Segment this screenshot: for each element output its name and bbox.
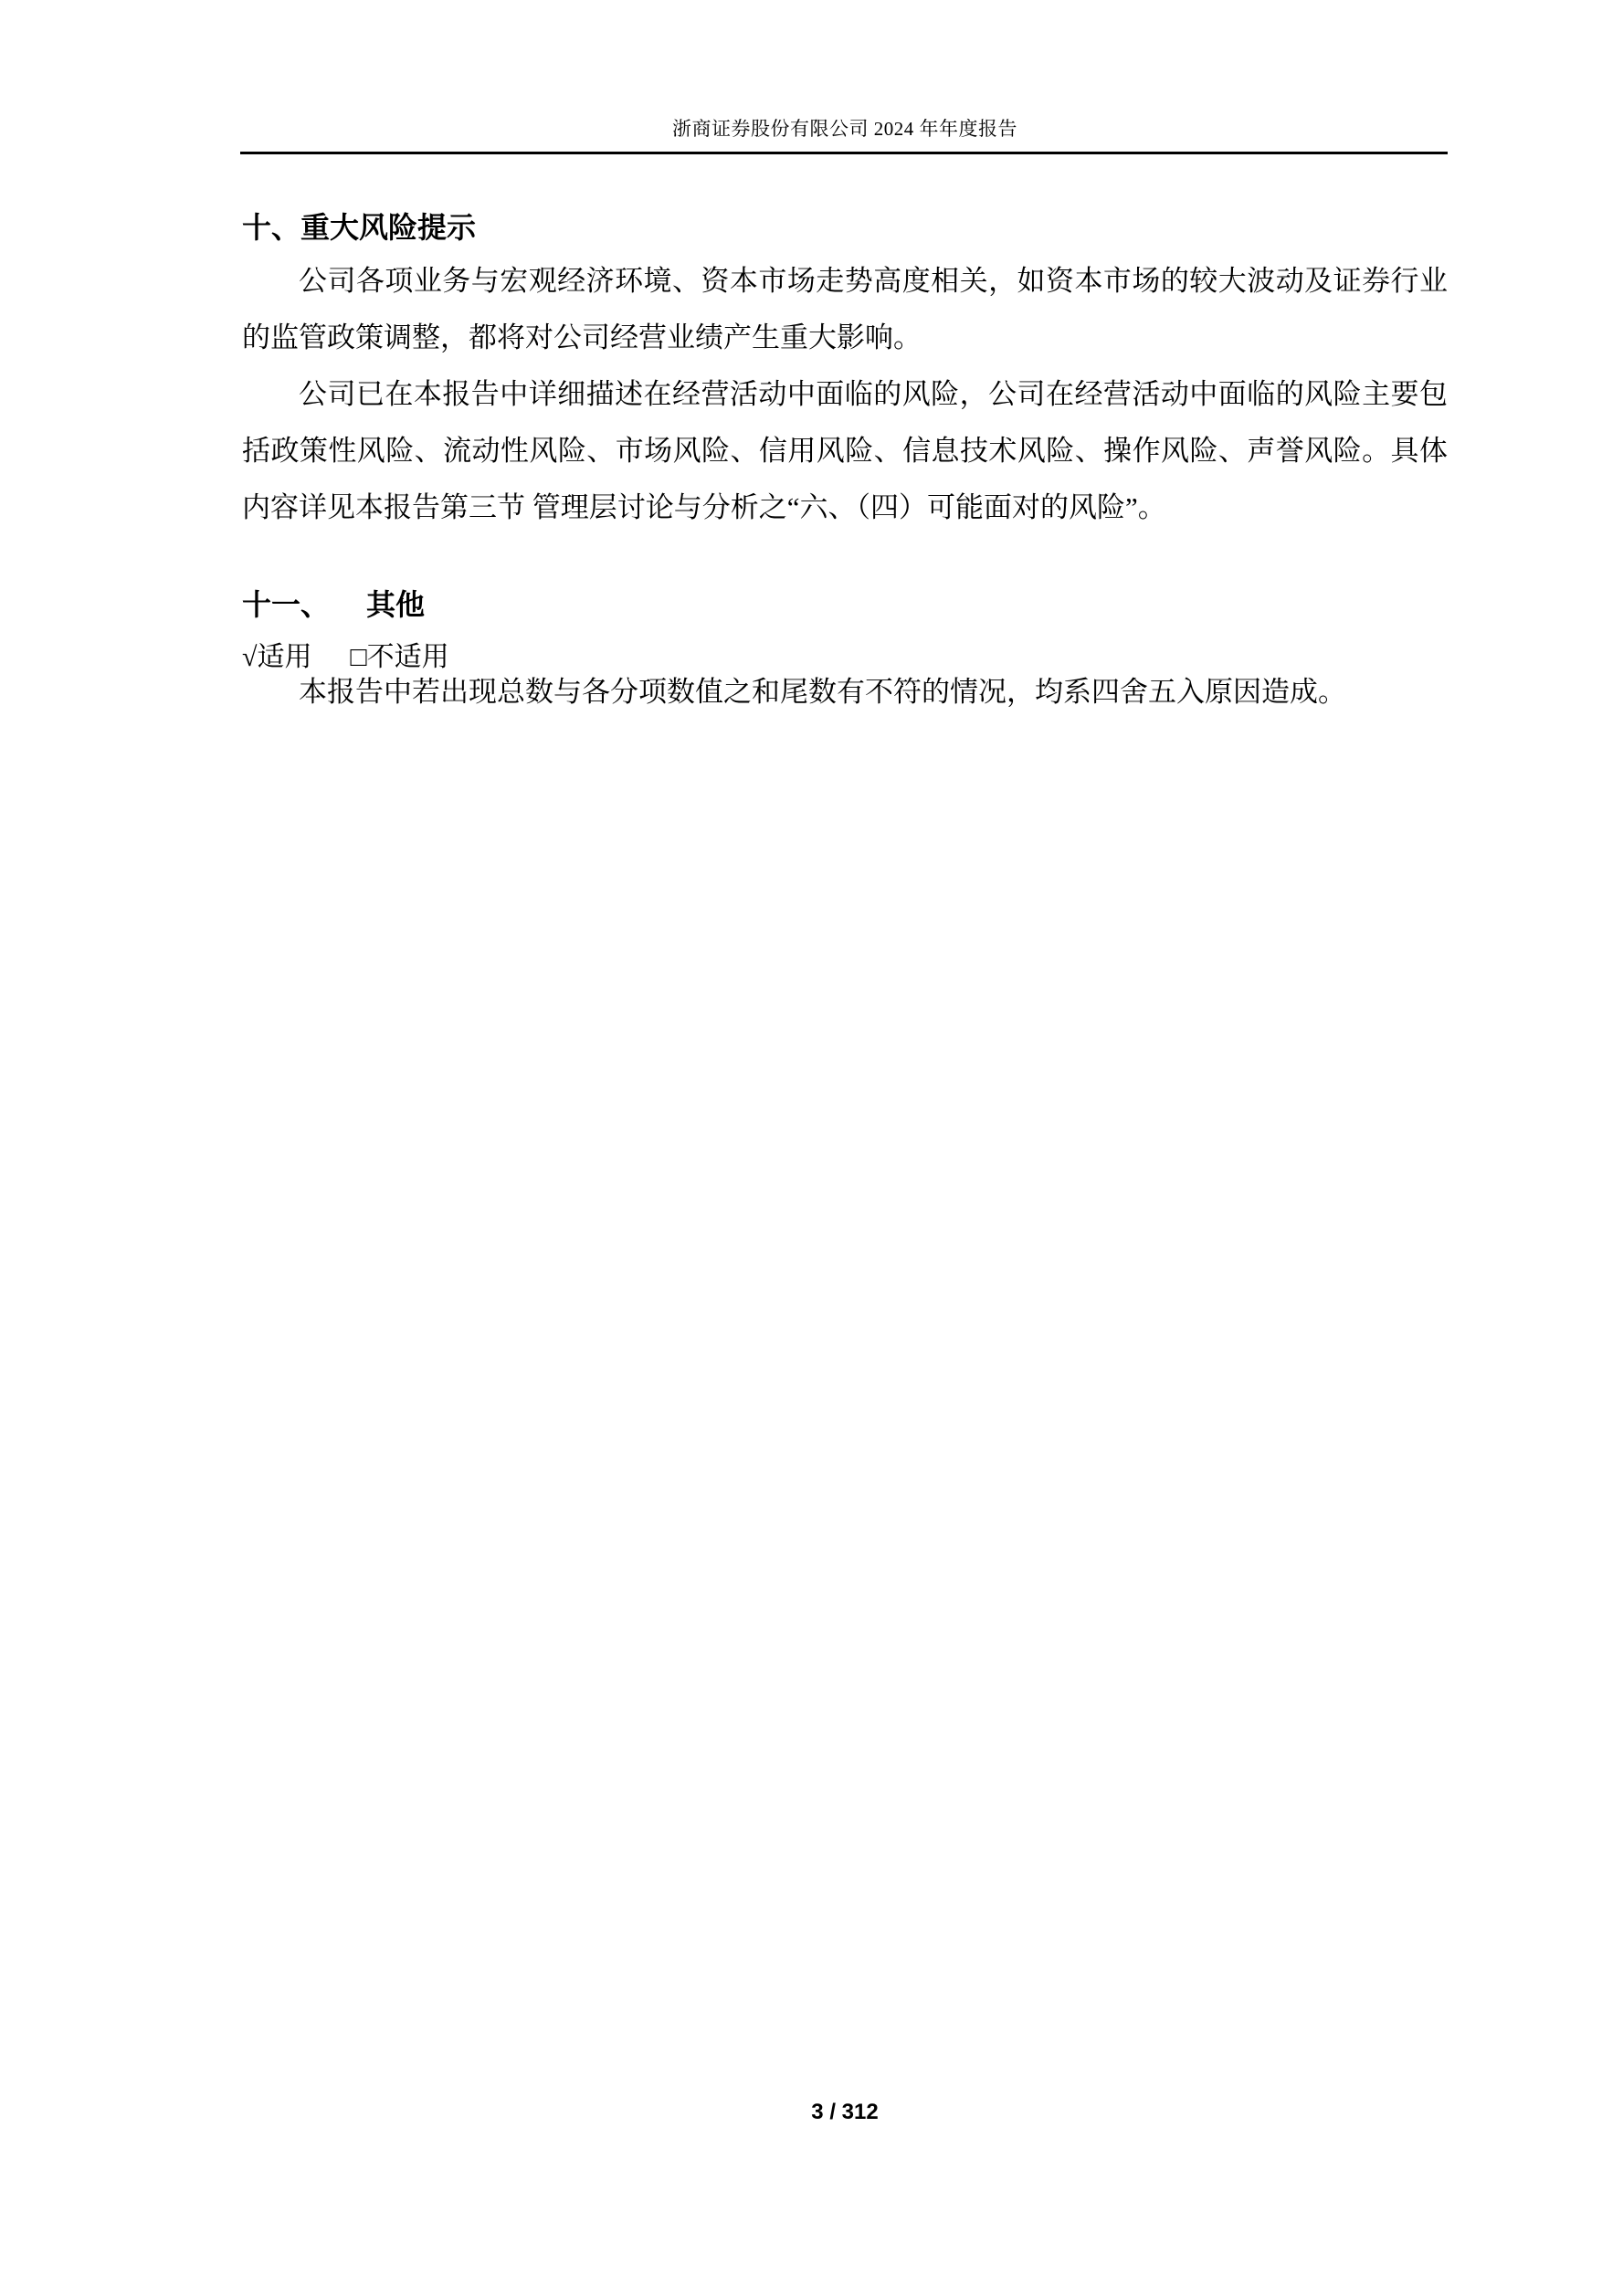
report-page: 浙商证券股份有限公司 2024 年年度报告 十、重大风险提示 公司各项业务与宏观…: [0, 0, 1623, 2296]
page-content: 十、重大风险提示 公司各项业务与宏观经济环境、资本市场走势高度相关，如资本市场的…: [242, 213, 1448, 711]
section-10-paragraph-2: 公司已在本报告中详细描述在经营活动中面临的风险，公司在经营活动中面临的风险主要包…: [242, 366, 1448, 536]
section-11-paragraph: 本报告中若出现总数与各分项数值之和尾数有不符的情况，均系四舍五入原因造成。: [242, 674, 1448, 711]
header-divider-rule: [240, 152, 1448, 154]
page-header-title: 浙商证券股份有限公司 2024 年年度报告: [242, 117, 1448, 141]
applicable-row: √适用□不适用: [242, 641, 1448, 674]
section-11-heading-number: 十一、: [242, 588, 330, 621]
applicable-label: 适用: [257, 642, 311, 672]
checkmark-icon: √: [242, 642, 257, 672]
checkbox-icon: □: [350, 641, 366, 674]
not-applicable-label: 不适用: [367, 642, 449, 672]
section-11-heading: 十一、其他: [242, 590, 1448, 619]
section-11-heading-label: 其他: [366, 590, 425, 619]
page-number: 3 / 312: [242, 2099, 1448, 2126]
section-10-heading: 十、重大风险提示: [242, 213, 1448, 242]
section-10-paragraph-1: 公司各项业务与宏观经济环境、资本市场走势高度相关，如资本市场的较大波动及证券行业…: [242, 253, 1448, 366]
